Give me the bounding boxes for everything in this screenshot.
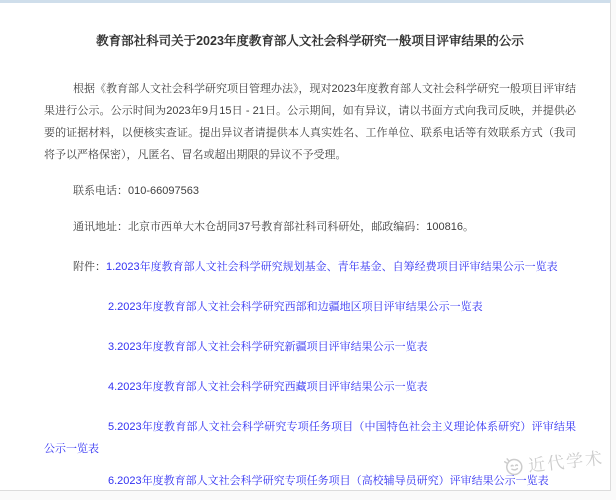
page-title: 教育部社科司关于2023年度教育部人文社会科学研究一般项目评审结果的公示 [44,30,576,52]
attachment-link-4[interactable]: 4.2023年度教育部人文社会科学研究西藏项目评审结果公示一览表 [108,381,428,393]
attachments-row-3: 3.2023年度教育部人文社会科学研究新疆项目评审结果公示一览表 [44,336,576,358]
attachments-row-2: 2.2023年度教育部人文社会科学研究西部和边疆地区项目评审结果公示一览表 [44,296,576,318]
attachments-row-4: 4.2023年度教育部人文社会科学研究西藏项目评审结果公示一览表 [44,376,576,398]
attachment-link-6[interactable]: 6.2023年度教育部人文社会科学研究专项任务项目（高校辅导员研究）评审结果公示… [108,475,549,487]
contact-address: 通讯地址：北京市西单大木仓胡同37号教育部社科司科研处，邮政编码：100816。 [44,216,576,238]
attachments-row-5: 5.2023年度教育部人文社会科学研究专项任务项目（中国特色社会主义理论体系研究… [44,416,576,460]
attachments-row-1: 附件：1.2023年度教育部人文社会科学研究规划基金、青年基金、自筹经费项目评审… [44,256,576,278]
attachment-link-5[interactable]: 5.2023年度教育部人文社会科学研究专项任务项目（中国特色社会主义理论体系研究… [44,421,576,455]
attachments-label: 附件： [73,261,106,273]
attachments-row-6: 6.2023年度教育部人文社会科学研究专项任务项目（高校辅导员研究）评审结果公示… [44,470,576,492]
attachment-link-3[interactable]: 3.2023年度教育部人文社会科学研究新疆项目评审结果公示一览表 [108,341,428,353]
intro-paragraph: 根据《教育部人文社会科学研究项目管理办法》，现对2023年度教育部人文社会科学研… [44,78,576,166]
attachment-link-2[interactable]: 2.2023年度教育部人文社会科学研究西部和边疆地区项目评审结果公示一览表 [108,301,483,313]
attachment-link-1[interactable]: 1.2023年度教育部人文社会科学研究规划基金、青年基金、自筹经费项目评审结果公… [106,261,558,273]
announcement-page: 教育部社科司关于2023年度教育部人文社会科学研究一般项目评审结果的公示 根据《… [0,0,616,500]
contact-phone: 联系电话：010-66097563 [44,180,576,202]
article-card: 教育部社科司关于2023年度教育部人文社会科学研究一般项目评审结果的公示 根据《… [0,0,611,491]
